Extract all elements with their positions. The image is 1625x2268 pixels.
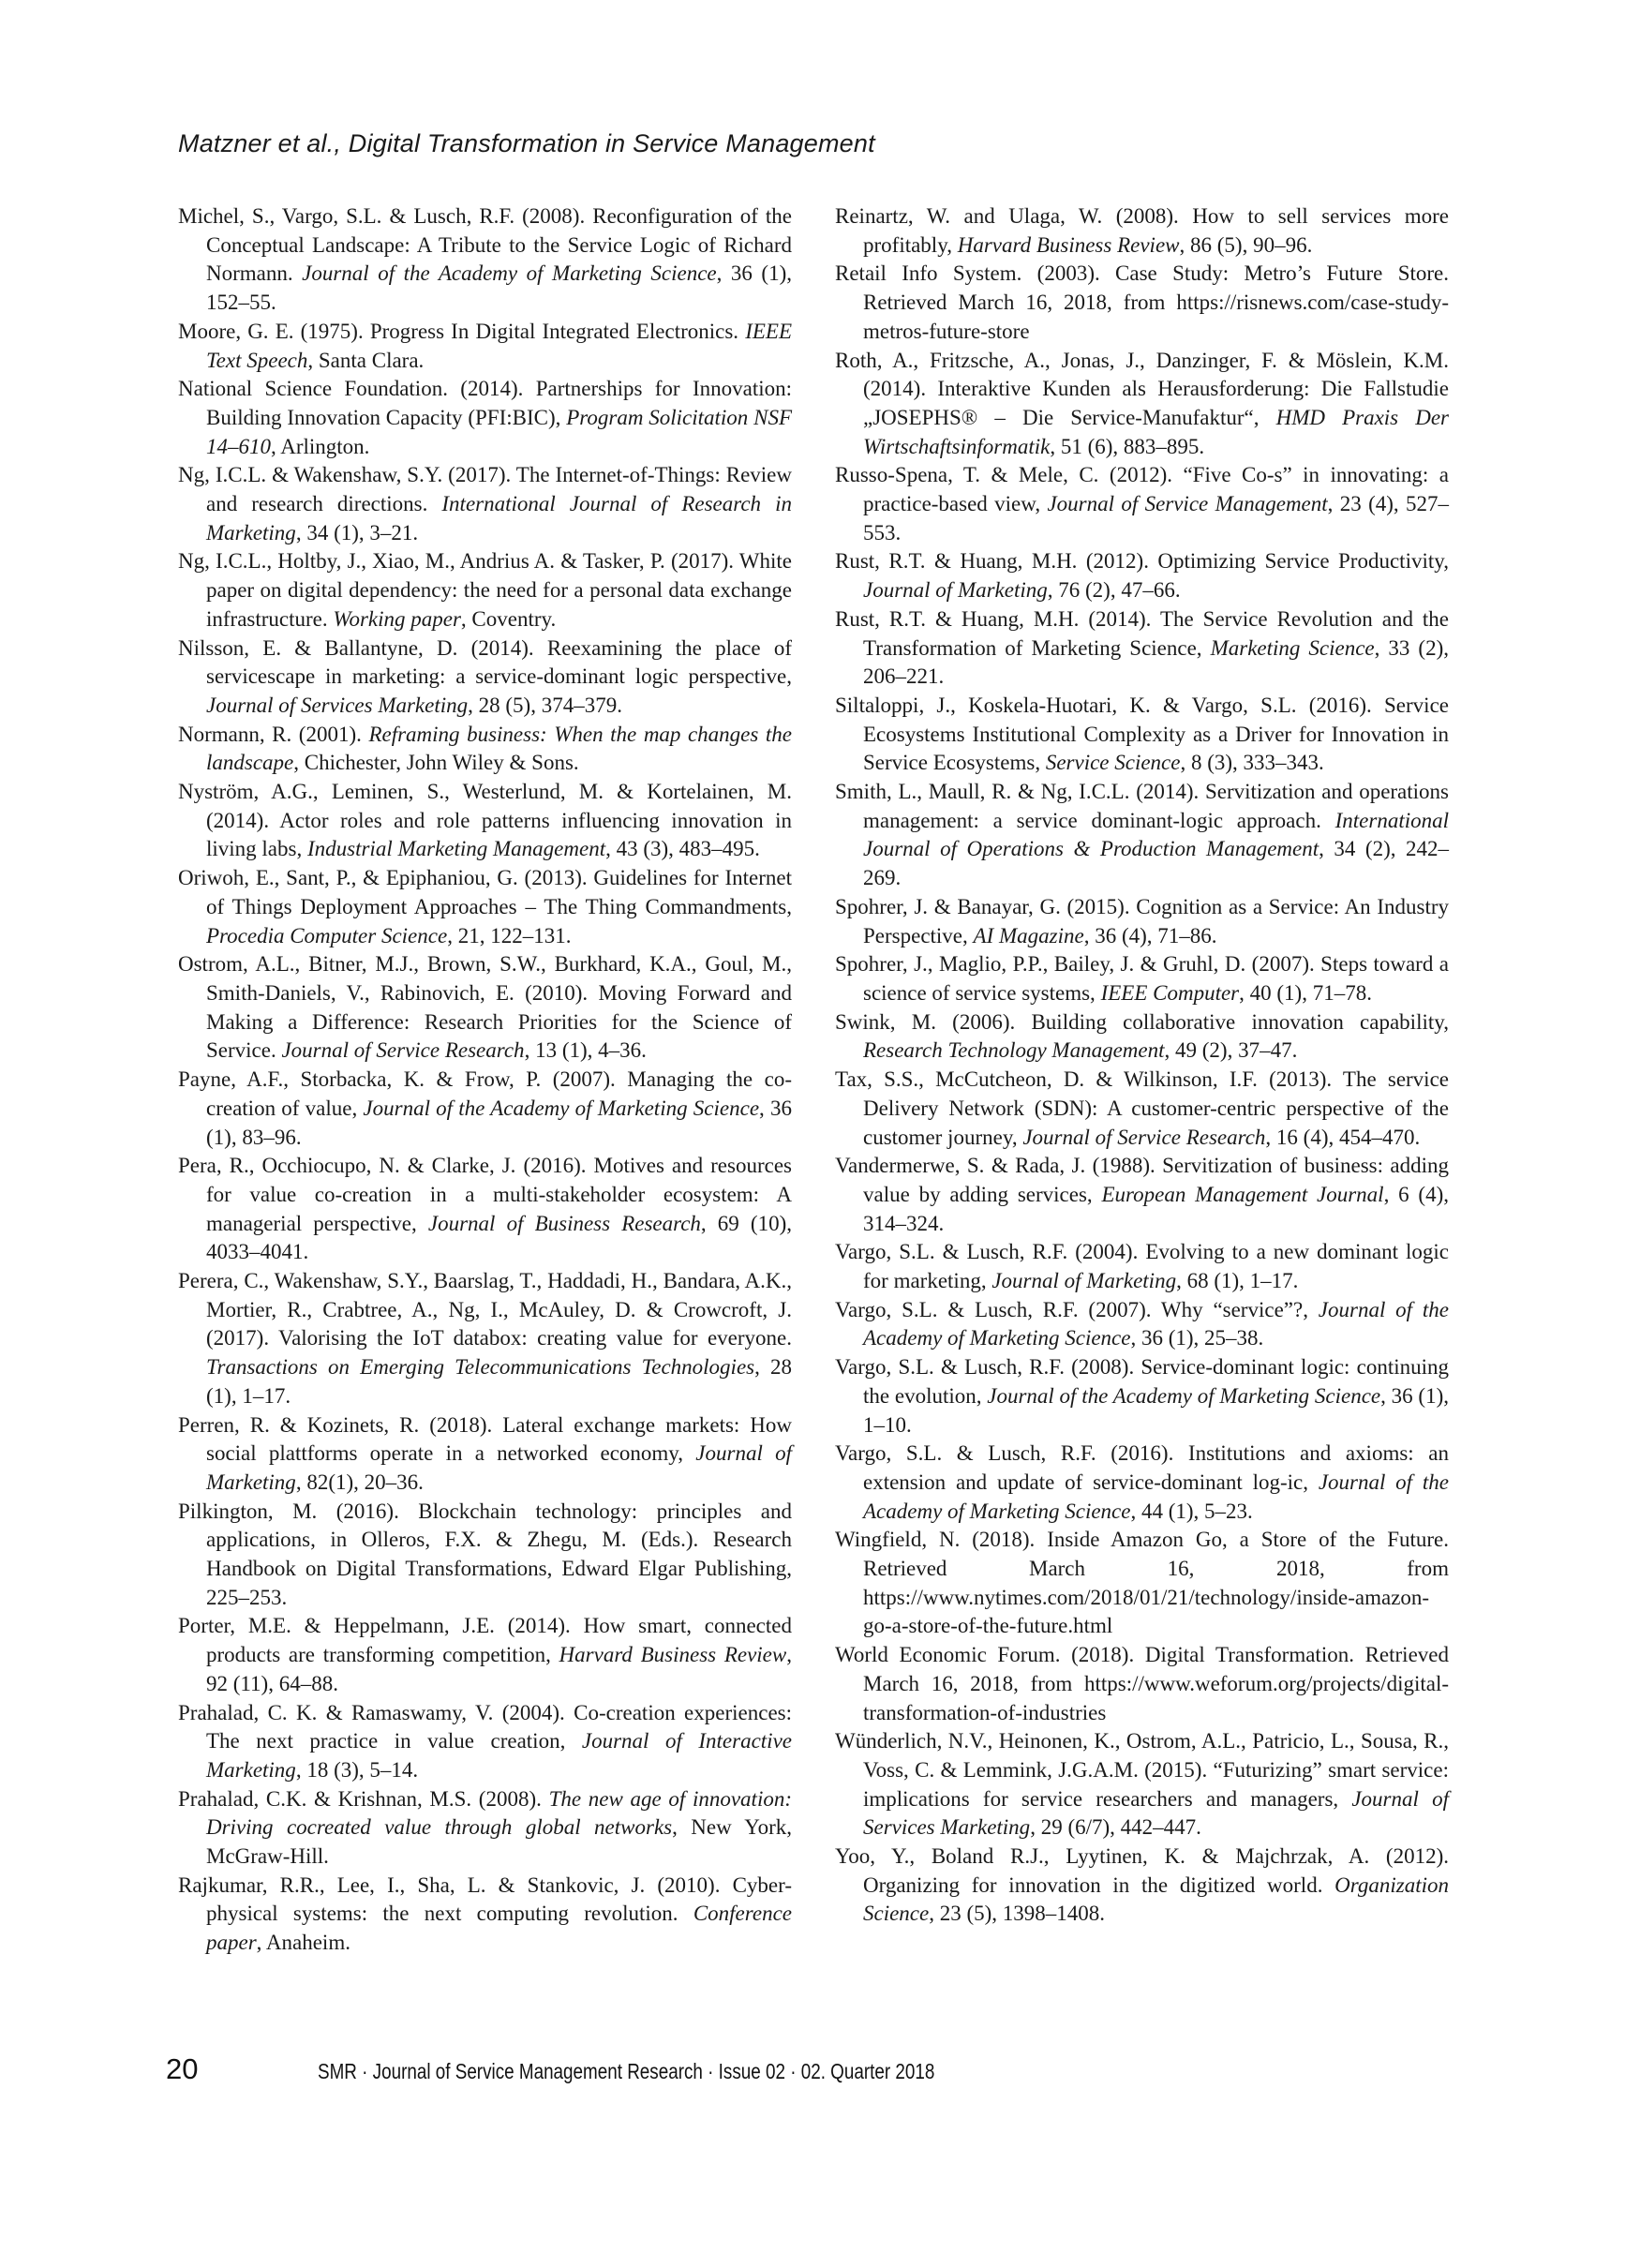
- reference-italic-title: Journal of Marketing: [991, 1269, 1176, 1292]
- reference-entry: Pilkington, M. (2016). Blockchain techno…: [178, 1498, 792, 1613]
- reference-entry: Wingfield, N. (2018). Inside Amazon Go, …: [835, 1526, 1449, 1641]
- reference-italic-title: Journal of Service Research: [281, 1038, 524, 1062]
- reference-text: Perera, C., Wakenshaw, S.Y., Baarslag, T…: [178, 1269, 792, 1350]
- reference-entry: Perera, C., Wakenshaw, S.Y., Baarslag, T…: [178, 1267, 792, 1411]
- reference-entry: Tax, S.S., McCutcheon, D. & Wilkinson, I…: [835, 1066, 1449, 1152]
- reference-entry: Rust, R.T. & Huang, M.H. (2014). The Ser…: [835, 605, 1449, 692]
- reference-italic-title: Journal of the Academy of Marketing Scie…: [987, 1384, 1380, 1408]
- reference-text: , 21, 122–131.: [447, 924, 571, 947]
- page-number: 20: [166, 2052, 198, 2086]
- reference-entry: Spohrer, J. & Banayar, G. (2015). Cognit…: [835, 893, 1449, 950]
- reference-text: , 76 (2), 47–66.: [1048, 578, 1181, 602]
- reference-entry: Nilsson, E. & Ballantyne, D. (2014). Ree…: [178, 634, 792, 721]
- reference-entry: Oriwoh, E., Sant, P., & Epiphaniou, G. (…: [178, 864, 792, 950]
- reference-text: Retail Info System. (2003). Case Study: …: [835, 261, 1449, 342]
- reference-italic-title: Industrial Marketing Management: [307, 837, 605, 860]
- reference-entry: National Science Foundation. (2014). Par…: [178, 375, 792, 461]
- reference-text: , 40 (1), 71–78.: [1239, 981, 1372, 1005]
- reference-entry: Prahalad, C.K. & Krishnan, M.S. (2008). …: [178, 1785, 792, 1872]
- references-section: Michel, S., Vargo, S.L. & Lusch, R.F. (2…: [178, 202, 1449, 1958]
- reference-entry: Spohrer, J., Maglio, P.P., Bailey, J. & …: [835, 950, 1449, 1007]
- reference-text: , 28 (5), 374–379.: [468, 694, 622, 717]
- reference-entry: Porter, M.E. & Heppelmann, J.E. (2014). …: [178, 1612, 792, 1698]
- page: Matzner et al., Digital Transformation i…: [0, 0, 1625, 2268]
- reference-text: , 18 (3), 5–14.: [296, 1758, 418, 1782]
- reference-text: , Anaheim.: [257, 1931, 350, 1954]
- reference-text: , Santa Clara.: [307, 349, 424, 372]
- reference-entry: Smith, L., Maull, R. & Ng, I.C.L. (2014)…: [835, 778, 1449, 893]
- reference-text: , 34 (1), 3–21.: [296, 521, 418, 545]
- reference-italic-title: Journal of Services Marketing: [206, 694, 468, 717]
- references-column-right: Reinartz, W. and Ulaga, W. (2008). How t…: [835, 202, 1449, 1958]
- reference-italic-title: Harvard Business Review: [559, 1643, 787, 1666]
- reference-entry: Retail Info System. (2003). Case Study: …: [835, 260, 1449, 346]
- reference-italic-title: Journal of the Academy of Marketing Scie…: [363, 1097, 759, 1120]
- references-column-left: Michel, S., Vargo, S.L. & Lusch, R.F. (2…: [178, 202, 792, 1958]
- reference-entry: Vargo, S.L. & Lusch, R.F. (2007). Why “s…: [835, 1296, 1449, 1353]
- page-footer: 20 SMR · Journal of Service Management R…: [166, 2052, 1070, 2086]
- reference-italic-title: IEEE Computer: [1101, 981, 1240, 1005]
- reference-text: , 44 (1), 5–23.: [1130, 1500, 1252, 1523]
- reference-entry: Ng, I.C.L. & Wakenshaw, S.Y. (2017). The…: [178, 461, 792, 547]
- reference-entry: Vargo, S.L. & Lusch, R.F. (2004). Evolvi…: [835, 1238, 1449, 1295]
- reference-entry: Vargo, S.L. & Lusch, R.F. (2016). Instit…: [835, 1440, 1449, 1526]
- reference-italic-title: Marketing Science: [1211, 636, 1375, 660]
- reference-entry: Perren, R. & Kozinets, R. (2018). Latera…: [178, 1411, 792, 1498]
- reference-entry: Payne, A.F., Storbacka, K. & Frow, P. (2…: [178, 1066, 792, 1152]
- reference-text: Oriwoh, E., Sant, P., & Epiphaniou, G. (…: [178, 866, 792, 918]
- reference-text: Prahalad, C.K. & Krishnan, M.S. (2008).: [178, 1787, 549, 1811]
- reference-entry: Michel, S., Vargo, S.L. & Lusch, R.F. (2…: [178, 202, 792, 318]
- reference-entry: Roth, A., Fritzsche, A., Jonas, J., Danz…: [835, 347, 1449, 462]
- reference-text: , Chichester, John Wiley & Sons.: [293, 751, 578, 774]
- reference-entry: Normann, R. (2001). Reframing business: …: [178, 721, 792, 778]
- reference-text: , 13 (1), 4–36.: [525, 1038, 647, 1062]
- reference-entry: Rajkumar, R.R., Lee, I., Sha, L. & Stank…: [178, 1872, 792, 1958]
- reference-entry: World Economic Forum. (2018). Digital Tr…: [835, 1641, 1449, 1727]
- reference-text: , 16 (4), 454–470.: [1265, 1126, 1420, 1149]
- reference-text: , Coventry.: [461, 607, 556, 631]
- reference-italic-title: Working paper: [333, 607, 461, 631]
- reference-italic-title: Journal of Business Research: [428, 1212, 701, 1235]
- reference-text: World Economic Forum. (2018). Digital Tr…: [835, 1643, 1449, 1723]
- reference-text: , 23 (5), 1398–1408.: [929, 1902, 1105, 1925]
- reference-text: , 36 (4), 71–86.: [1084, 924, 1217, 947]
- reference-text: , 36 (1), 25–38.: [1130, 1326, 1263, 1350]
- reference-entry: Vargo, S.L. & Lusch, R.F. (2008). Servic…: [835, 1353, 1449, 1440]
- reference-entry: Prahalad, C. K. & Ramaswamy, V. (2004). …: [178, 1699, 792, 1785]
- reference-entry: Wünderlich, N.V., Heinonen, K., Ostrom, …: [835, 1727, 1449, 1843]
- reference-entry: Swink, M. (2006). Building collaborative…: [835, 1008, 1449, 1066]
- reference-entry: Rust, R.T. & Huang, M.H. (2012). Optimiz…: [835, 547, 1449, 604]
- reference-text: , 43 (3), 483–495.: [605, 837, 760, 860]
- reference-italic-title: Journal of Service Management: [1047, 492, 1327, 515]
- reference-italic-title: Journal of Service Research: [1022, 1126, 1265, 1149]
- reference-entry: Ng, I.C.L., Holtby, J., Xiao, M., Andriu…: [178, 547, 792, 634]
- reference-text: , 51 (6), 883–895.: [1050, 435, 1204, 458]
- journal-info: SMR · Journal of Service Management Rese…: [318, 2059, 934, 2084]
- reference-italic-title: Journal of the Academy of Marketing Scie…: [302, 261, 716, 285]
- reference-text: Wingfield, N. (2018). Inside Amazon Go, …: [835, 1528, 1449, 1637]
- reference-entry: Ostrom, A.L., Bitner, M.J., Brown, S.W.,…: [178, 950, 792, 1066]
- reference-text: Vargo, S.L. & Lusch, R.F. (2007). Why “s…: [835, 1298, 1319, 1321]
- reference-italic-title: Procedia Computer Science: [206, 924, 447, 947]
- reference-entry: Yoo, Y., Boland R.J., Lyytinen, K. & Maj…: [835, 1843, 1449, 1929]
- reference-text: , 29 (6/7), 442–447.: [1030, 1815, 1201, 1839]
- reference-entry: Moore, G. E. (1975). Progress In Digital…: [178, 318, 792, 375]
- reference-text: , 82(1), 20–36.: [296, 1470, 424, 1494]
- reference-entry: Russo-Spena, T. & Mele, C. (2012). “Five…: [835, 461, 1449, 547]
- reference-text: Normann, R. (2001).: [178, 723, 368, 746]
- reference-text: Swink, M. (2006). Building collaborative…: [835, 1010, 1449, 1034]
- reference-entry: Vandermerwe, S. & Rada, J. (1988). Servi…: [835, 1152, 1449, 1238]
- reference-entry: Nyström, A.G., Leminen, S., Westerlund, …: [178, 778, 792, 864]
- reference-text: Moore, G. E. (1975). Progress In Digital…: [178, 320, 745, 343]
- reference-text: , 8 (3), 333–343.: [1180, 751, 1323, 774]
- reference-text: , 68 (1), 1–17.: [1176, 1269, 1298, 1292]
- reference-italic-title: Harvard Business Review: [958, 233, 1180, 257]
- reference-italic-title: Service Science: [1046, 751, 1181, 774]
- reference-text: , 86 (5), 90–96.: [1180, 233, 1313, 257]
- reference-entry: Reinartz, W. and Ulaga, W. (2008). How t…: [835, 202, 1449, 260]
- reference-text: Pilkington, M. (2016). Blockchain techno…: [178, 1500, 792, 1609]
- reference-text: Nilsson, E. & Ballantyne, D. (2014). Ree…: [178, 636, 792, 689]
- reference-italic-title: European Management Journal: [1101, 1183, 1383, 1206]
- reference-text: Rust, R.T. & Huang, M.H. (2012). Optimiz…: [835, 549, 1449, 573]
- reference-entry: Siltaloppi, J., Koskela-Huotari, K. & Va…: [835, 692, 1449, 778]
- reference-text: , 49 (2), 37–47.: [1165, 1038, 1298, 1062]
- reference-italic-title: AI Magazine: [974, 924, 1084, 947]
- reference-text: , Arlington.: [271, 435, 369, 458]
- running-header: Matzner et al., Digital Transformation i…: [178, 129, 875, 158]
- reference-italic-title: Journal of Marketing: [863, 578, 1048, 602]
- reference-entry: Pera, R., Occhiocupo, N. & Clarke, J. (2…: [178, 1152, 792, 1267]
- reference-italic-title: Transactions on Emerging Telecommunicati…: [206, 1355, 754, 1379]
- reference-italic-title: Research Technology Management: [863, 1038, 1165, 1062]
